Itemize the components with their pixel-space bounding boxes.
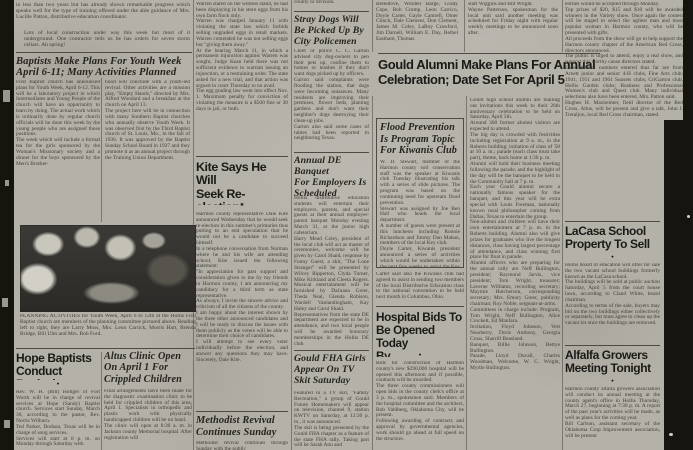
variety-show-body: entries would be accepted through Monday… [565, 2, 683, 220]
egg-case-body: Warren stated on the witness stand, he h… [196, 2, 288, 152]
baptists-youth-week-body-col2: hood will conclude with a youth-led revi… [105, 80, 190, 222]
column-rule [562, 96, 563, 450]
hospital-bids-headline: Hospital Bids To Be Opened Today By Comm… [376, 306, 464, 357]
union-meeting-body: staff Wiggins and Bill Wright. Wayne Pat… [468, 2, 558, 52]
kite-reelection-headline: Kite Says He Will Seek Re-election; Race… [196, 156, 288, 205]
flood-prevention-continuation: Carter said also the Kiwanis club had ag… [376, 272, 464, 304]
headline-dingbat: ● [565, 379, 660, 385]
baptists-youth-week-headline: Baptists Make Plans For Youth Week April… [16, 52, 192, 80]
headline-dingbat: ✱ [196, 203, 288, 209]
column-rule [372, 96, 373, 450]
stray-dogs-headline: Stray Dogs Will Be Picked Up By City Pol… [294, 11, 369, 50]
de-banquet-headline: Annual DE Banquet For Employers Is Sched… [294, 152, 369, 196]
de-banquet-body: Hollis distributive education students w… [294, 196, 369, 348]
front-notes-paragraph-2: Lots of local construction under way thi… [24, 30, 190, 52]
scan-speck [2, 298, 8, 307]
hope-baptists-headline: Hope Baptists Conduct Revival [16, 352, 100, 380]
column-fragment: county or division. [294, 0, 368, 8]
scan-speck [669, 433, 673, 436]
headline-dingbat: ● [16, 382, 100, 388]
scan-speck [3, 90, 10, 102]
flood-prevention-headline: Flood Prevention Is Program Topic For Ki… [380, 122, 460, 157]
lacasa-school-headline: LaCasa School Property To Sell [565, 221, 660, 257]
column-rule [372, 0, 373, 52]
scan-speck [4, 420, 10, 428]
scan-edge-left [0, 0, 14, 450]
alfalfa-growers-body: Harmon county alfalfa growers associatio… [565, 387, 660, 450]
youth-week-committee-photo [20, 225, 196, 312]
photo-caption: PLANNING ACTIVITIES for Youth Week, Apri… [20, 314, 196, 347]
stray-dogs-body: Chief of police C. C. Garton advised cit… [294, 49, 369, 150]
flood-prevention-body: W. D. Stewart, member of the Harmon coun… [380, 160, 460, 268]
column-rule-inner [101, 352, 102, 450]
kite-reelection-body: Harmon county representative Dale Kite a… [196, 212, 288, 408]
methodist-revival-body: Methodist revival continues through Sund… [196, 441, 288, 450]
altus-clinic-headline: Altus Clinic Open On April 1 For Cripple… [104, 351, 192, 387]
baptists-youth-week-body-col1: First Baptist church has announced plans… [16, 80, 100, 222]
column-rule [466, 96, 467, 450]
hope-baptists-body: Rev. W. H. (Bill) Hollger of Fort Worth … [16, 390, 100, 450]
hospital-bids-body: Bids for construction of Harmon county's… [376, 361, 464, 450]
column-rule [562, 0, 563, 52]
gould-fha-body: Featured in a TV skit, "Family Recreatio… [294, 391, 369, 450]
scan-speck [5, 180, 9, 186]
scan-speck [687, 215, 690, 218]
gould-alumni-body: Gould high school alumni are mailing out… [470, 98, 560, 450]
altus-clinic-body: Final arrangements have been made for th… [104, 389, 192, 450]
column-rule [291, 0, 292, 450]
headline-dingbat: ● [565, 255, 660, 261]
section-rule [16, 348, 195, 349]
headline-dingbat: ● [376, 353, 464, 359]
lacasa-school-body: Hollis board of education will offer for… [565, 263, 660, 343]
column-rule [464, 0, 465, 52]
names-roster-body: Breedlove, Windell Barge, Grady Cope, Bo… [376, 2, 458, 52]
newspaper-page: in less than two years but has already s… [0, 0, 693, 450]
methodist-revival-headline: Methodist Revival Continues Sunday [196, 411, 288, 441]
front-notes-paragraph-1: in less than two years but has already s… [16, 2, 190, 28]
alfalfa-growers-headline: Alfalfa Growers Meeting Tonight [565, 345, 660, 381]
gould-fha-headline: Gould FHA Girls Appear On TV Skit Saturd… [294, 350, 369, 392]
flood-prevention-box: Flood Prevention Is Program Topic For Ki… [376, 118, 464, 268]
column-rule-inner [101, 78, 102, 222]
